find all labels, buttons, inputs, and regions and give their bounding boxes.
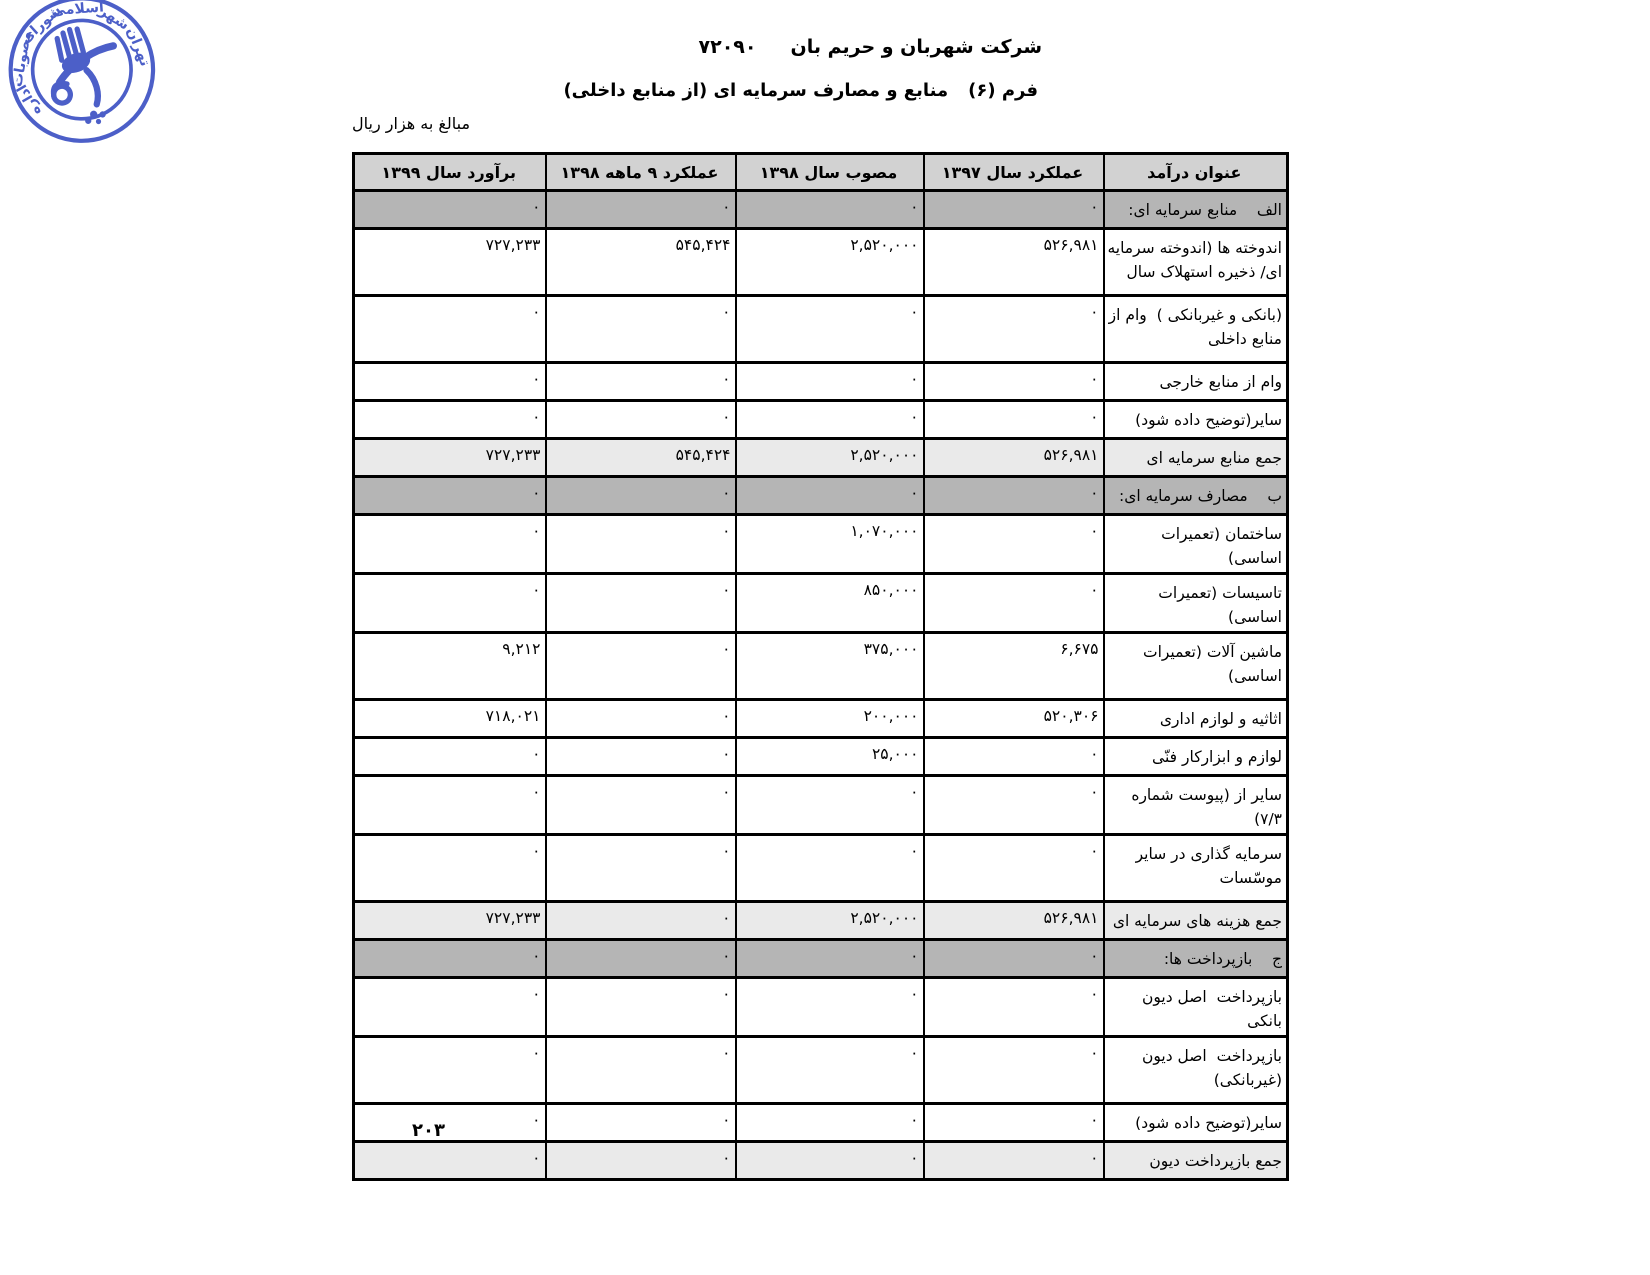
table-row: بازپرداخت اصل دیون (غیربانکی)۰۰۰۰ — [354, 1037, 1288, 1104]
budget-table: عنوان درآمد عملکرد سال ۱۳۹۷ مصوب سال ۱۳۹… — [352, 152, 1289, 1181]
row-label: جمع هزینه های سرمایه ای — [1104, 902, 1288, 940]
cell-value: ۰ — [924, 401, 1104, 439]
column-header-estimate-1399: برآورد سال ۱۳۹۹ — [354, 154, 546, 191]
cell-value: ۷۲۷,۲۳۳ — [354, 439, 546, 477]
cell-value: ۰ — [736, 978, 924, 1037]
cell-value: ۰ — [924, 574, 1104, 633]
cell-value: ۰ — [924, 940, 1104, 978]
cell-value: ۲,۵۲۰,۰۰۰ — [736, 902, 924, 940]
cell-value: ۵۴۵,۴۲۴ — [546, 439, 736, 477]
row-label: بازپرداخت اصل دیون بانکی — [1104, 978, 1288, 1037]
company-name: شرکت شهربان و حریم بان — [791, 36, 1043, 58]
cell-value: ۰ — [354, 835, 546, 902]
cell-value: ۰ — [354, 738, 546, 776]
cell-value: ۰ — [354, 363, 546, 401]
cell-value: ۳۷۵,۰۰۰ — [736, 633, 924, 700]
cell-value: ۰ — [546, 1037, 736, 1104]
cell-value: ۲۵,۰۰۰ — [736, 738, 924, 776]
cell-value: ۰ — [546, 363, 736, 401]
cell-value: ۰ — [354, 1037, 546, 1104]
row-label: (بانکی و غیربانکی ) وام از منابع داخلی — [1104, 296, 1288, 363]
cell-value: ۲,۵۲۰,۰۰۰ — [736, 229, 924, 296]
header-spacer — [757, 36, 791, 58]
table-header-row: عنوان درآمد عملکرد سال ۱۳۹۷ مصوب سال ۱۳۹… — [354, 154, 1288, 191]
cell-value: ۰ — [736, 776, 924, 835]
column-header-performance-1397: عملکرد سال ۱۳۹۷ — [924, 154, 1104, 191]
table-row: اثاثیه و لوازم اداری۵۲۰,۳۰۶۲۰۰,۰۰۰۰۷۱۸,۰… — [354, 700, 1288, 738]
cell-value: ۰ — [736, 1037, 924, 1104]
column-header-income-title: عنوان درآمد — [1104, 154, 1288, 191]
row-label: ج بازپرداخت ها: — [1104, 940, 1288, 978]
row-label: بازپرداخت اصل دیون (غیربانکی) — [1104, 1037, 1288, 1104]
cell-value: ۰ — [546, 515, 736, 574]
cell-value: ۵۲۶,۹۸۱ — [924, 229, 1104, 296]
cell-value: ۰ — [546, 835, 736, 902]
cell-value: ۰ — [546, 401, 736, 439]
cell-value: ۰ — [924, 477, 1104, 515]
cell-value: ۰ — [354, 940, 546, 978]
cell-value: ۰ — [354, 574, 546, 633]
row-label: الف منابع سرمایه ای: — [1104, 191, 1288, 229]
row-label: سایر(توضیح داده شود) — [1104, 401, 1288, 439]
row-label: تاسیسات (تعمیرات اساسی) — [1104, 574, 1288, 633]
cell-value: ۹,۲۱۲ — [354, 633, 546, 700]
cell-value: ۰ — [546, 902, 736, 940]
form-title-line: فرم (۶) منابع و مصارف سرمایه ای (از مناب… — [563, 80, 1038, 101]
table-row: سایر(توضیح داده شود)۰۰۰۰ — [354, 1104, 1288, 1142]
cell-value: ۰ — [924, 776, 1104, 835]
cell-value: ۰ — [354, 191, 546, 229]
cell-value: ۰ — [924, 515, 1104, 574]
table-row: جمع هزینه های سرمایه ای۵۲۶,۹۸۱۲,۵۲۰,۰۰۰۰… — [354, 902, 1288, 940]
row-label: سرمایه گذاری در سایر موسّسات — [1104, 835, 1288, 902]
currency-unit-note: مبالغ به هزار ریال — [352, 114, 470, 133]
form-number: فرم (۶) — [968, 80, 1038, 101]
cell-value: ۰ — [924, 191, 1104, 229]
table-row: ماشین آلات (تعمیرات اساسی)۶,۶۷۵۳۷۵,۰۰۰۰۹… — [354, 633, 1288, 700]
row-label: سایر(توضیح داده شود) — [1104, 1104, 1288, 1142]
table-row: جمع منابع سرمایه ای۵۲۶,۹۸۱۲,۵۲۰,۰۰۰۵۴۵,۴… — [354, 439, 1288, 477]
table-row: بازپرداخت اصل دیون بانکی۰۰۰۰ — [354, 978, 1288, 1037]
page-number: ۲۰۳ — [412, 1120, 445, 1141]
column-header-9month-1398: عملکرد ۹ ماهه ۱۳۹۸ — [546, 154, 736, 191]
row-label: وام از منابع خارجی — [1104, 363, 1288, 401]
row-label: سایر از (پیوست شماره ۷/۳) — [1104, 776, 1288, 835]
cell-value: ۰ — [546, 477, 736, 515]
cell-value: ۰ — [736, 401, 924, 439]
table-row: اندوخته ها (اندوخته سرمایه ای/ ذخیره است… — [354, 229, 1288, 296]
table-row: جمع بازپرداخت دیون۰۰۰۰ — [354, 1142, 1288, 1180]
cell-value: ۰ — [736, 835, 924, 902]
cell-value: ۷۲۷,۲۳۳ — [354, 902, 546, 940]
column-header-approved-1398: مصوب سال ۱۳۹۸ — [736, 154, 924, 191]
council-stamp: اداره مصوبات شورای اسلامی شهر تهران — [0, 0, 174, 162]
row-label: ب مصارف سرمایه ای: — [1104, 477, 1288, 515]
cell-value: ۰ — [736, 296, 924, 363]
cell-value: ۰ — [354, 401, 546, 439]
table-row: ج بازپرداخت ها:۰۰۰۰ — [354, 940, 1288, 978]
table-row: ب مصارف سرمایه ای:۰۰۰۰ — [354, 477, 1288, 515]
cell-value: ۰ — [924, 835, 1104, 902]
cell-value: ۰ — [546, 633, 736, 700]
table-row: تاسیسات (تعمیرات اساسی)۰۸۵۰,۰۰۰۰۰ — [354, 574, 1288, 633]
cell-value: ۰ — [924, 363, 1104, 401]
table-row: لوازم و ابزارکار فنّی۰۲۵,۰۰۰۰۰ — [354, 738, 1288, 776]
cell-value: ۰ — [354, 296, 546, 363]
cell-value: ۰ — [736, 1142, 924, 1180]
cell-value: ۷۲۷,۲۳۳ — [354, 229, 546, 296]
cell-value: ۰ — [354, 1142, 546, 1180]
table-row: ساختمان (تعمیرات اساسی)۰۱,۰۷۰,۰۰۰۰۰ — [354, 515, 1288, 574]
row-label: جمع بازپرداخت دیون — [1104, 1142, 1288, 1180]
form-title: منابع و مصارف سرمایه ای (از منابع داخلی) — [563, 80, 948, 101]
cell-value: ۰ — [546, 940, 736, 978]
cell-value: ۵۴۵,۴۲۴ — [546, 229, 736, 296]
cell-value: ۲۰۰,۰۰۰ — [736, 700, 924, 738]
cell-value: ۰ — [546, 776, 736, 835]
table-row: سایر از (پیوست شماره ۷/۳)۰۰۰۰ — [354, 776, 1288, 835]
cell-value: ۰ — [354, 477, 546, 515]
table-row: سایر(توضیح داده شود)۰۰۰۰ — [354, 401, 1288, 439]
cell-value: ۰ — [924, 1104, 1104, 1142]
cell-value: ۰ — [546, 574, 736, 633]
cell-value: ۰ — [354, 1104, 546, 1142]
row-label: ساختمان (تعمیرات اساسی) — [1104, 515, 1288, 574]
cell-value: ۵۲۶,۹۸۱ — [924, 439, 1104, 477]
company-code: ۷۲۰۹۰ — [699, 36, 757, 58]
cell-value: ۰ — [546, 191, 736, 229]
row-label: ماشین آلات (تعمیرات اساسی) — [1104, 633, 1288, 700]
cell-value: ۰ — [924, 978, 1104, 1037]
cell-value: ۰ — [354, 776, 546, 835]
cell-value: ۰ — [546, 700, 736, 738]
cell-value: ۰ — [736, 940, 924, 978]
table-row: (بانکی و غیربانکی ) وام از منابع داخلی۰۰… — [354, 296, 1288, 363]
table-row: وام از منابع خارجی۰۰۰۰ — [354, 363, 1288, 401]
cell-value: ۰ — [736, 1104, 924, 1142]
cell-value: ۱,۰۷۰,۰۰۰ — [736, 515, 924, 574]
cell-value: ۰ — [924, 296, 1104, 363]
cell-value: ۰ — [354, 515, 546, 574]
cell-value: ۷۱۸,۰۲۱ — [354, 700, 546, 738]
cell-value: ۰ — [354, 978, 546, 1037]
cell-value: ۰ — [546, 978, 736, 1037]
cell-value: ۰ — [736, 363, 924, 401]
cell-value: ۸۵۰,۰۰۰ — [736, 574, 924, 633]
table-row: سرمایه گذاری در سایر موسّسات۰۰۰۰ — [354, 835, 1288, 902]
document-header: شرکت شهربان و حریم بان ۷۲۰۹۰ — [699, 36, 1042, 58]
cell-value: ۰ — [924, 738, 1104, 776]
row-label: اندوخته ها (اندوخته سرمایه ای/ ذخیره است… — [1104, 229, 1288, 296]
cell-value: ۵۲۶,۹۸۱ — [924, 902, 1104, 940]
cell-value: ۰ — [736, 477, 924, 515]
cell-value: ۰ — [546, 738, 736, 776]
cell-value: ۰ — [546, 296, 736, 363]
cell-value: ۶,۶۷۵ — [924, 633, 1104, 700]
cell-value: ۰ — [924, 1037, 1104, 1104]
cell-value: ۰ — [924, 1142, 1104, 1180]
table-row: الف منابع سرمایه ای:۰۰۰۰ — [354, 191, 1288, 229]
cell-value: ۰ — [546, 1104, 736, 1142]
row-label: اثاثیه و لوازم اداری — [1104, 700, 1288, 738]
cell-value: ۵۲۰,۳۰۶ — [924, 700, 1104, 738]
row-label: لوازم و ابزارکار فنّی — [1104, 738, 1288, 776]
header-spacer — [948, 80, 968, 101]
row-label: جمع منابع سرمایه ای — [1104, 439, 1288, 477]
cell-value: ۰ — [546, 1142, 736, 1180]
cell-value: ۲,۵۲۰,۰۰۰ — [736, 439, 924, 477]
cell-value: ۰ — [736, 191, 924, 229]
